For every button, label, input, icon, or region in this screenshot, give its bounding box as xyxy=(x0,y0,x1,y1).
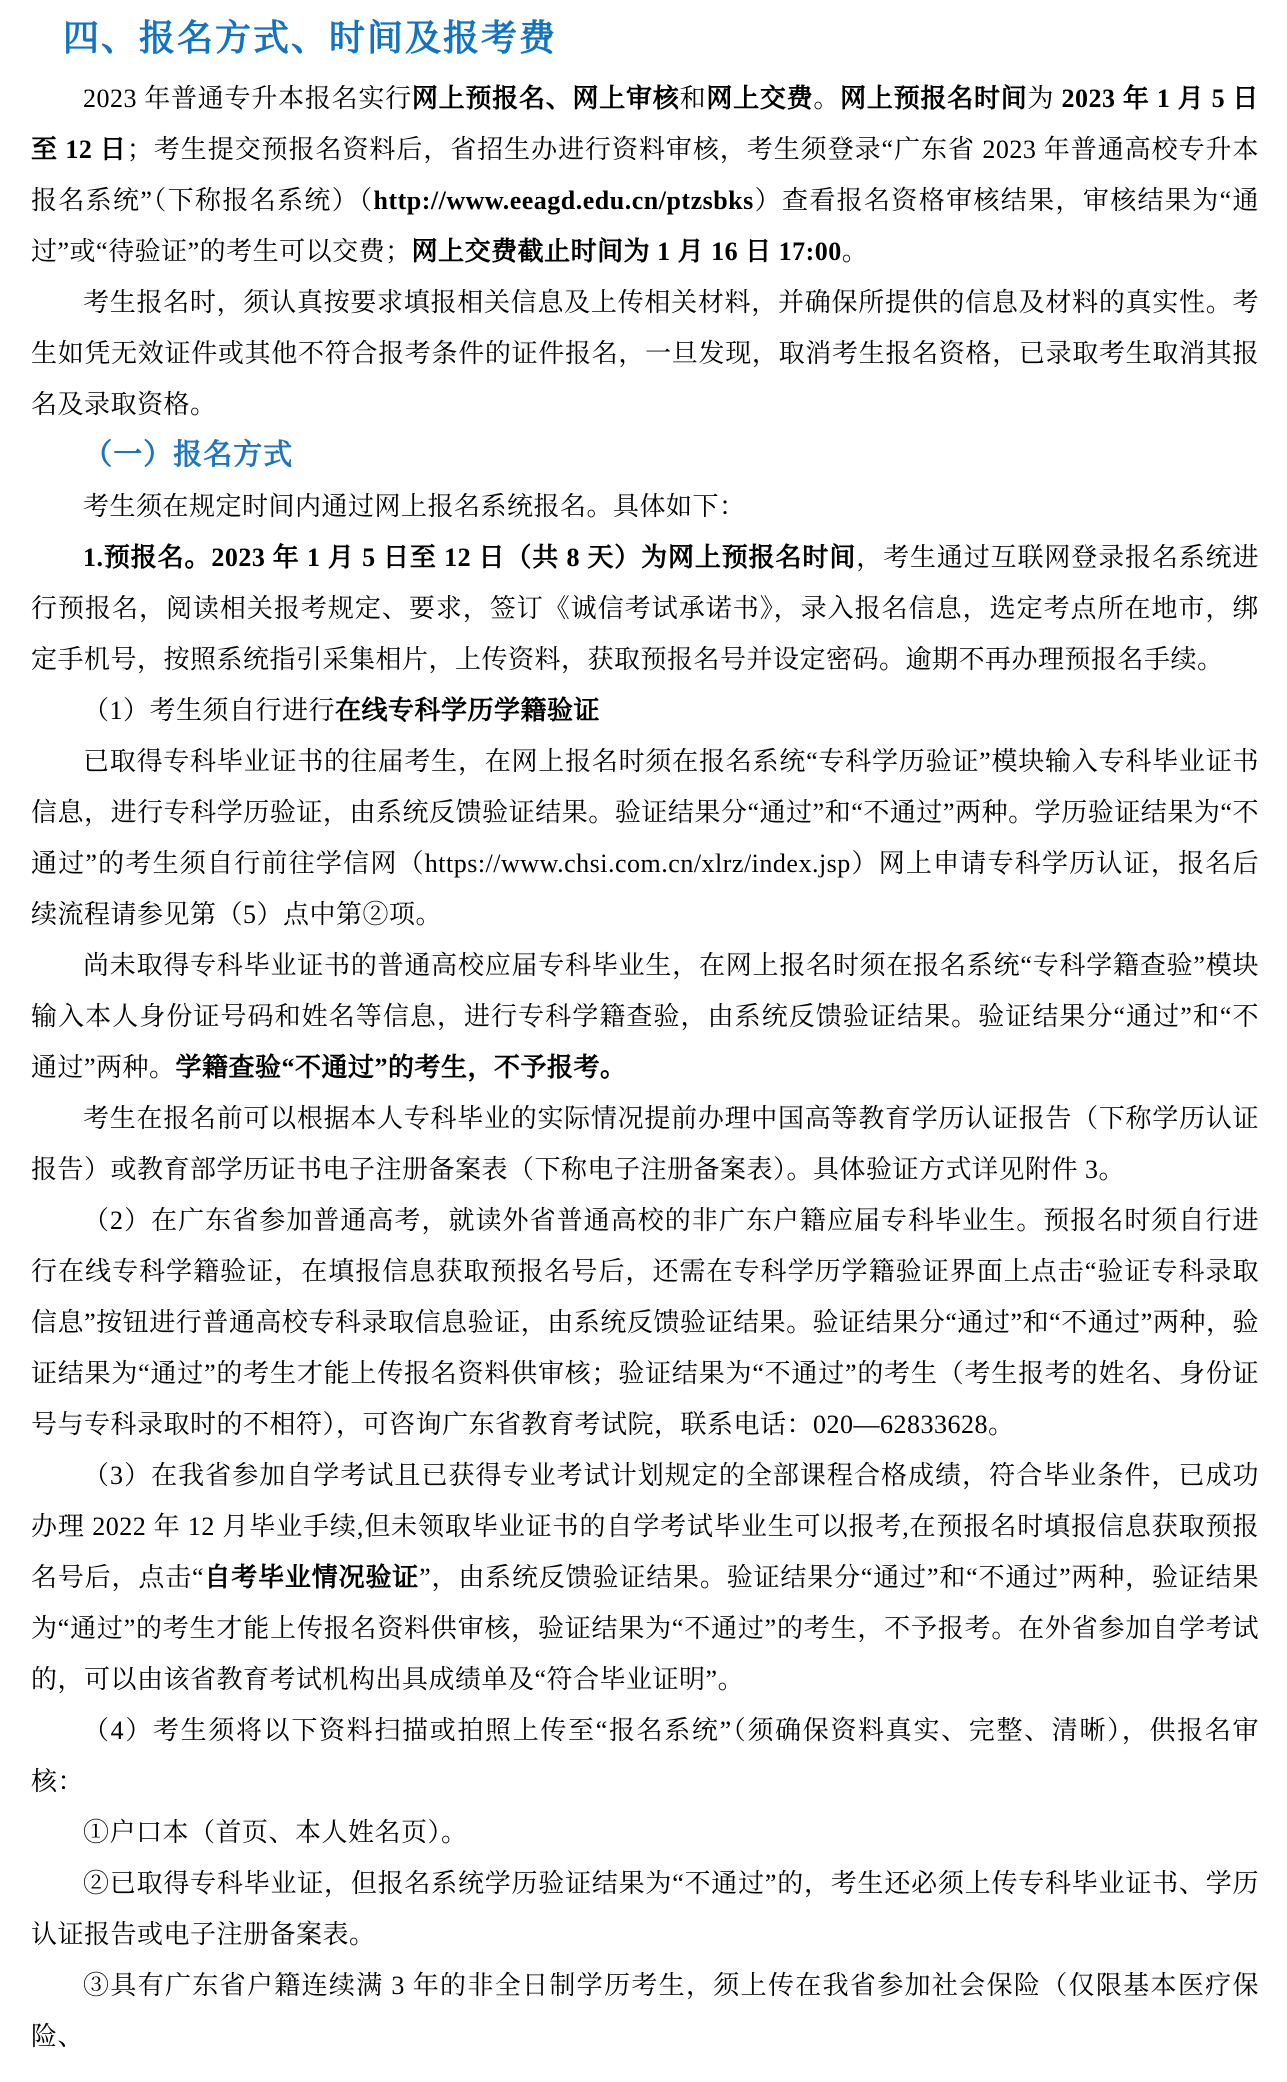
document-body: 2023 年普通专升本报名实行网上预报名、网上审核和网上交费。网上预报名时间为 … xyxy=(31,73,1259,2062)
text-run-bold: 网上预报名时间 xyxy=(840,84,1027,113)
text-run: 和 xyxy=(680,84,707,113)
text-run-bold: 在线专科学历学籍验证 xyxy=(335,696,600,725)
text-run-bold: 网上预报名、网上审核 xyxy=(412,84,680,113)
text-run-bold: 学籍查验“不通过”的考生，不予报考。 xyxy=(176,1053,627,1082)
paragraph: 考生报名时，须认真按要求填报相关信息及上传相关材料，并确保所提供的信息及材料的真… xyxy=(31,277,1259,430)
paragraph: （4）考生须将以下资料扫描或拍照上传至“报名系统”（须确保资料真实、完整、清晰）… xyxy=(31,1705,1259,1807)
paragraph: 考生在报名前可以根据本人专科毕业的实际情况提前办理中国高等教育学历认证报告（下称… xyxy=(31,1093,1259,1195)
text-run: ②已取得专科毕业证，但报名系统学历验证结果为“不通过”的，考生还必须上传专科毕业… xyxy=(31,1869,1259,1949)
text-run: （2）在广东省参加普通高考，就读外省普通高校的非广东户籍应届专科毕业生。预报名时… xyxy=(31,1206,1259,1439)
text-run: 已取得专科毕业证书的往届考生，在网上报名时须在报名系统“专科学历验证”模块输入专… xyxy=(31,747,1259,929)
text-run: 考生报名时，须认真按要求填报相关信息及上传相关材料，并确保所提供的信息及材料的真… xyxy=(31,288,1259,419)
text-run: 。 xyxy=(842,237,869,266)
text-run: 考生须在规定时间内通过网上报名系统报名。具体如下： xyxy=(83,492,746,521)
text-run: 为 xyxy=(1028,84,1055,113)
paragraph: 已取得专科毕业证书的往届考生，在网上报名时须在报名系统“专科学历验证”模块输入专… xyxy=(31,736,1259,940)
paragraph: （2）在广东省参加普通高考，就读外省普通高校的非广东户籍应届专科毕业生。预报名时… xyxy=(31,1195,1259,1450)
text-run: ③具有广东省户籍连续满 3 年的非全日制学历考生，须上传在我省参加社会保险（仅限… xyxy=(31,1971,1259,2051)
text-run-bold: 网上交费 xyxy=(706,84,813,113)
section-title: 四、报名方式、时间及报考费 xyxy=(31,16,1259,59)
paragraph: 尚未取得专科毕业证书的普通高校应届专科毕业生，在网上报名时须在报名系统“专科学籍… xyxy=(31,940,1259,1093)
text-run-bold: 1.预报名。2023 年 1 月 5 日至 12 日（共 8 天）为网上预报名时… xyxy=(83,543,856,572)
text-run-bold: http://www.eeagd.edu.cn/ptzsbks xyxy=(373,186,753,215)
text-run-bold: 自考毕业情况验证 xyxy=(204,1563,419,1592)
paragraph: 1.预报名。2023 年 1 月 5 日至 12 日（共 8 天）为网上预报名时… xyxy=(31,532,1259,685)
text-run-bold: 网上交费截止时间为 1 月 16 日 17:00 xyxy=(412,237,842,266)
paragraph: ③具有广东省户籍连续满 3 年的非全日制学历考生，须上传在我省参加社会保险（仅限… xyxy=(31,1960,1259,2062)
text-run: ①户口本（首页、本人姓名页）。 xyxy=(83,1818,468,1847)
document-page: 四、报名方式、时间及报考费 2023 年普通专升本报名实行网上预报名、网上审核和… xyxy=(0,0,1287,2082)
paragraph: （3）在我省参加自学考试且已获得专业考试计划规定的全部课程合格成绩，符合毕业条件… xyxy=(31,1450,1259,1705)
text-run: 。 xyxy=(813,84,840,113)
text-run: （4）考生须将以下资料扫描或拍照上传至“报名系统”（须确保资料真实、完整、清晰）… xyxy=(31,1716,1259,1796)
paragraph: （1）考生须自行进行在线专科学历学籍验证 xyxy=(31,685,1259,736)
paragraph: 2023 年普通专升本报名实行网上预报名、网上审核和网上交费。网上预报名时间为 … xyxy=(31,73,1259,277)
paragraph: ②已取得专科毕业证，但报名系统学历验证结果为“不通过”的，考生还必须上传专科毕业… xyxy=(31,1858,1259,1960)
paragraph: ①户口本（首页、本人姓名页）。 xyxy=(31,1807,1259,1858)
text-run: （1）考生须自行进行 xyxy=(83,696,335,725)
text-run: 2023 年普通专升本报名实行 xyxy=(83,84,412,113)
text-run: 考生在报名前可以根据本人专科毕业的实际情况提前办理中国高等教育学历认证报告（下称… xyxy=(31,1104,1259,1184)
sub-section-title: （一）报名方式 xyxy=(31,430,1259,481)
paragraph: 考生须在规定时间内通过网上报名系统报名。具体如下： xyxy=(31,481,1259,532)
